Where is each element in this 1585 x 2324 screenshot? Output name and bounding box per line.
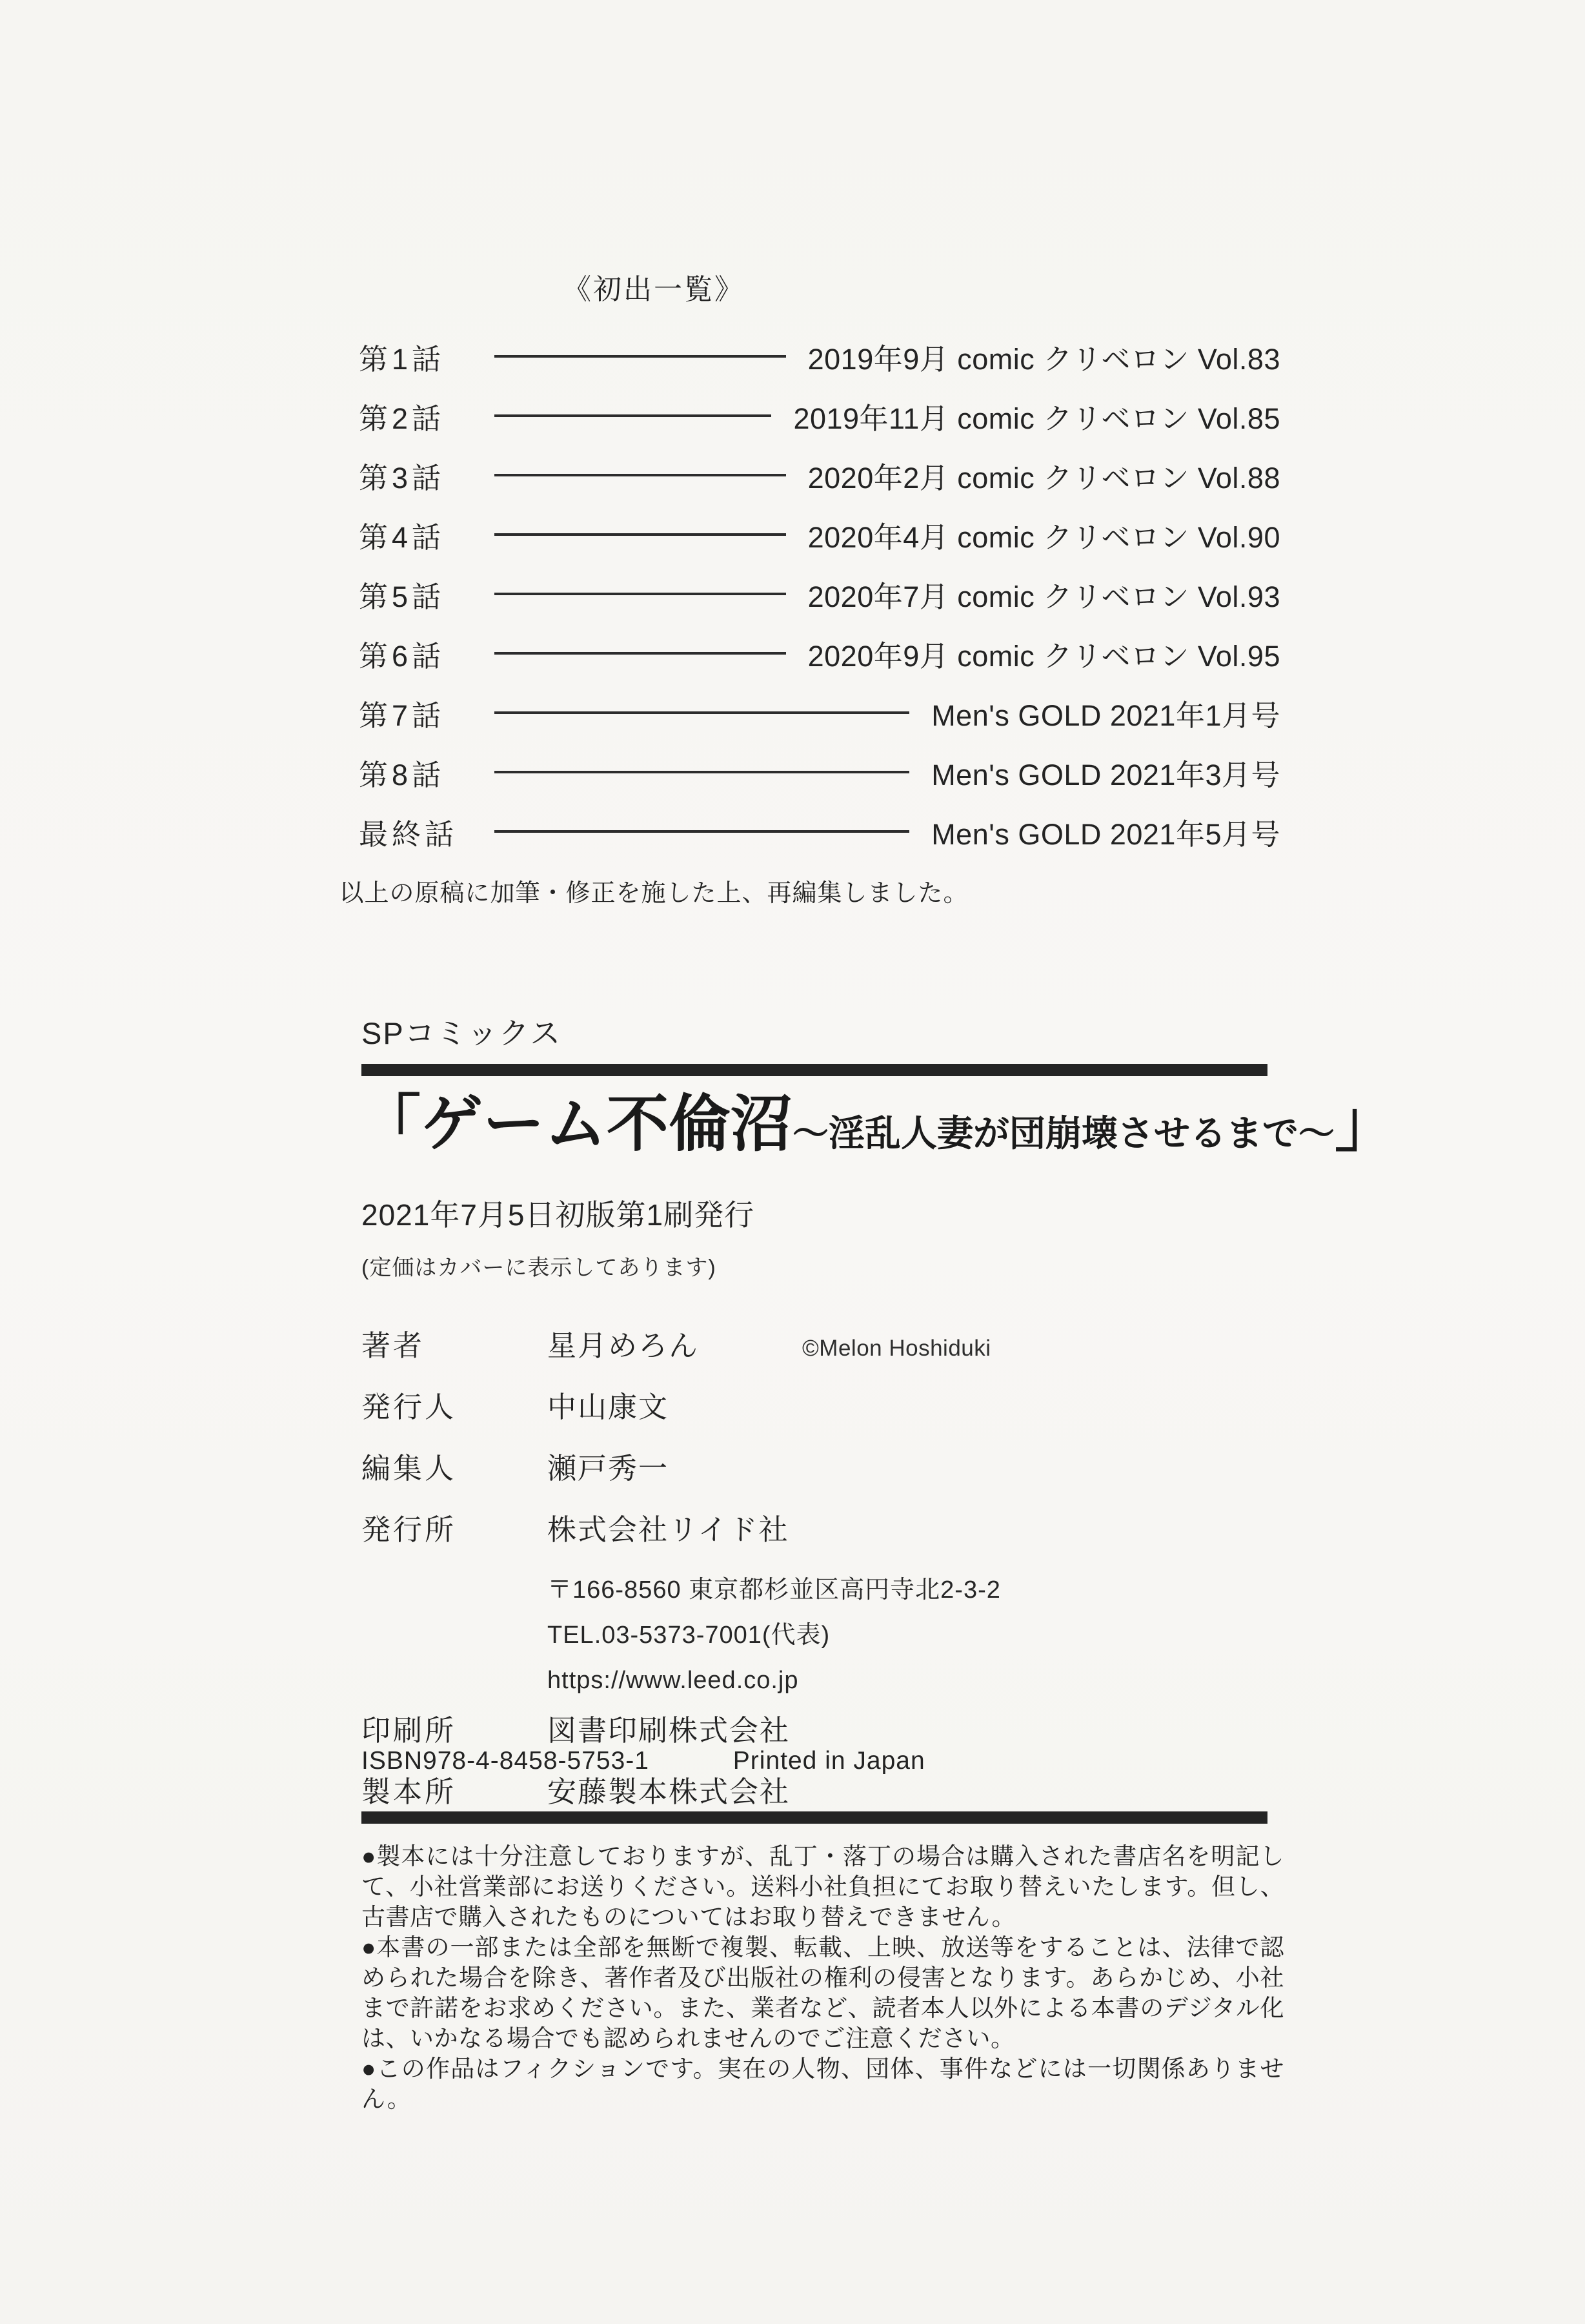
legal-notices: ●製本には十分注意しておりますが、乱丁・落丁の場合は購入された書店名を明記して、… xyxy=(361,1841,1284,2114)
credit-value: 瀬戸秀一 xyxy=(547,1445,669,1487)
credit-label: 印刷所 xyxy=(361,1707,547,1749)
credit-label: 編集人 xyxy=(361,1445,547,1487)
first-publication-heading: 《初出一覧》 xyxy=(0,266,1307,307)
chapter-label: 第5話 xyxy=(359,573,483,615)
credit-value: 株式会社リイド社 xyxy=(547,1506,789,1548)
credit-label: 発行所 xyxy=(361,1506,547,1548)
leader-rule xyxy=(494,474,786,476)
divider-bar-top xyxy=(361,1064,1267,1076)
leader-rule xyxy=(494,771,909,773)
first-publication-list: 第1話 2019年9月 comic クリベロン Vol.83 第2話 2019年… xyxy=(359,327,1280,861)
colophon-page: 《初出一覧》 第1話 2019年9月 comic クリベロン Vol.83 第2… xyxy=(0,0,1585,2324)
source-label: 2020年2月 comic クリベロン Vol.88 xyxy=(808,454,1280,496)
notice-binding: ●製本には十分注意しておりますが、乱丁・落丁の場合は購入された書店名を明記して、… xyxy=(361,1841,1284,1932)
credit-label: 著者 xyxy=(361,1322,547,1364)
credit-value: 星月めろん xyxy=(547,1322,699,1364)
leader-rule xyxy=(494,830,909,833)
print-date: 2021年7月5日初版第1刷発行 xyxy=(361,1192,754,1234)
chapter-label: 最終話 xyxy=(359,811,483,853)
series-label: SPコミックス xyxy=(361,1010,561,1053)
chapter-label: 第1話 xyxy=(359,336,483,378)
chapter-label: 第4話 xyxy=(359,514,483,556)
publisher-phone: TEL.03-5373-7001(代表) xyxy=(547,1613,1314,1658)
list-item: 第8話 Men's GOLD 2021年3月号 xyxy=(359,742,1280,802)
chapter-label: 第2話 xyxy=(359,395,483,437)
leader-rule xyxy=(494,414,771,417)
publisher-url: https://www.leed.co.jp xyxy=(547,1658,1314,1703)
list-item: 第3話 2020年2月 comic クリベロン Vol.88 xyxy=(359,445,1280,505)
isbn-number: ISBN978-4-8458-5753-1 xyxy=(361,1747,649,1775)
credit-row-publisher: 発行所 株式会社リイド社 xyxy=(361,1506,1314,1548)
leader-rule xyxy=(494,652,786,655)
book-title-close-bracket: 」 xyxy=(1335,1094,1397,1156)
credit-label: 発行人 xyxy=(361,1383,547,1425)
source-label: Men's GOLD 2021年3月号 xyxy=(931,751,1280,793)
list-item: 第2話 2019年11月 comic クリベロン Vol.85 xyxy=(359,386,1280,445)
source-label: Men's GOLD 2021年5月号 xyxy=(931,811,1280,853)
source-label: 2020年9月 comic クリベロン Vol.95 xyxy=(808,633,1280,675)
book-title-main: 「ゲーム不倫沼 xyxy=(359,1094,792,1156)
source-label: 2019年9月 comic クリベロン Vol.83 xyxy=(808,336,1280,378)
source-label: Men's GOLD 2021年1月号 xyxy=(931,692,1280,734)
price-note: (定価はカバーに表示してあります) xyxy=(361,1250,716,1281)
leader-rule xyxy=(494,593,786,595)
credit-value: 図書印刷株式会社 xyxy=(547,1707,790,1749)
credit-row-printer: 印刷所 図書印刷株式会社 xyxy=(361,1707,1314,1749)
book-title-subtitle: ～淫乱人妻が団崩壊させるまで～ xyxy=(792,1116,1335,1156)
chapter-label: 第6話 xyxy=(359,633,483,675)
list-item: 第4話 2020年4月 comic クリベロン Vol.90 xyxy=(359,505,1280,564)
leader-rule xyxy=(494,711,909,714)
list-item: 第1話 2019年9月 comic クリベロン Vol.83 xyxy=(359,327,1280,386)
chapter-label: 第8話 xyxy=(359,751,483,793)
divider-bar-bottom xyxy=(361,1811,1267,1824)
source-label: 2020年4月 comic クリベロン Vol.90 xyxy=(808,514,1280,556)
isbn-row: ISBN978-4-8458-5753-1 Printed in Japan xyxy=(361,1747,925,1775)
publisher-contact-block: 〒166-8560 東京都杉並区高円寺北2-3-2 TEL.03-5373-70… xyxy=(547,1567,1314,1703)
notice-copyright: ●本書の一部または全部を無断で複製、転載、上映、放送等をすることは、法律で認めら… xyxy=(361,1932,1284,2054)
source-label: 2019年11月 comic クリベロン Vol.85 xyxy=(793,395,1280,437)
credit-row-author: 著者 星月めろん ©Melon Hoshiduki xyxy=(361,1322,1314,1364)
book-title: 「ゲーム不倫沼 ～淫乱人妻が団崩壊させるまで～ 」 xyxy=(359,1094,1314,1156)
list-item: 第7話 Men's GOLD 2021年1月号 xyxy=(359,683,1280,742)
credit-value: 中山康文 xyxy=(547,1383,669,1425)
credit-row-publisher-person: 発行人 中山康文 xyxy=(361,1383,1314,1425)
leader-rule xyxy=(494,355,786,358)
reedit-note: 以上の原稿に加筆・修正を施した上、再編集しました。 xyxy=(0,873,1307,908)
printed-in-japan: Printed in Japan xyxy=(733,1747,925,1775)
list-item: 最終話 Men's GOLD 2021年5月号 xyxy=(359,802,1280,861)
publisher-address: 〒166-8560 東京都杉並区高円寺北2-3-2 xyxy=(547,1567,1314,1613)
source-label: 2020年7月 comic クリベロン Vol.93 xyxy=(808,573,1280,615)
notice-fiction: ●この作品はフィクションです。実在の人物、団体、事件などには一切関係ありません。 xyxy=(361,2054,1284,2114)
chapter-label: 第3話 xyxy=(359,454,483,496)
credit-row-editor: 編集人 瀬戸秀一 xyxy=(361,1445,1314,1487)
copyright-credit: ©Melon Hoshiduki xyxy=(802,1336,991,1361)
chapter-label: 第7話 xyxy=(359,692,483,734)
list-item: 第6話 2020年9月 comic クリベロン Vol.95 xyxy=(359,624,1280,683)
list-item: 第5話 2020年7月 comic クリベロン Vol.93 xyxy=(359,564,1280,624)
leader-rule xyxy=(494,533,786,536)
